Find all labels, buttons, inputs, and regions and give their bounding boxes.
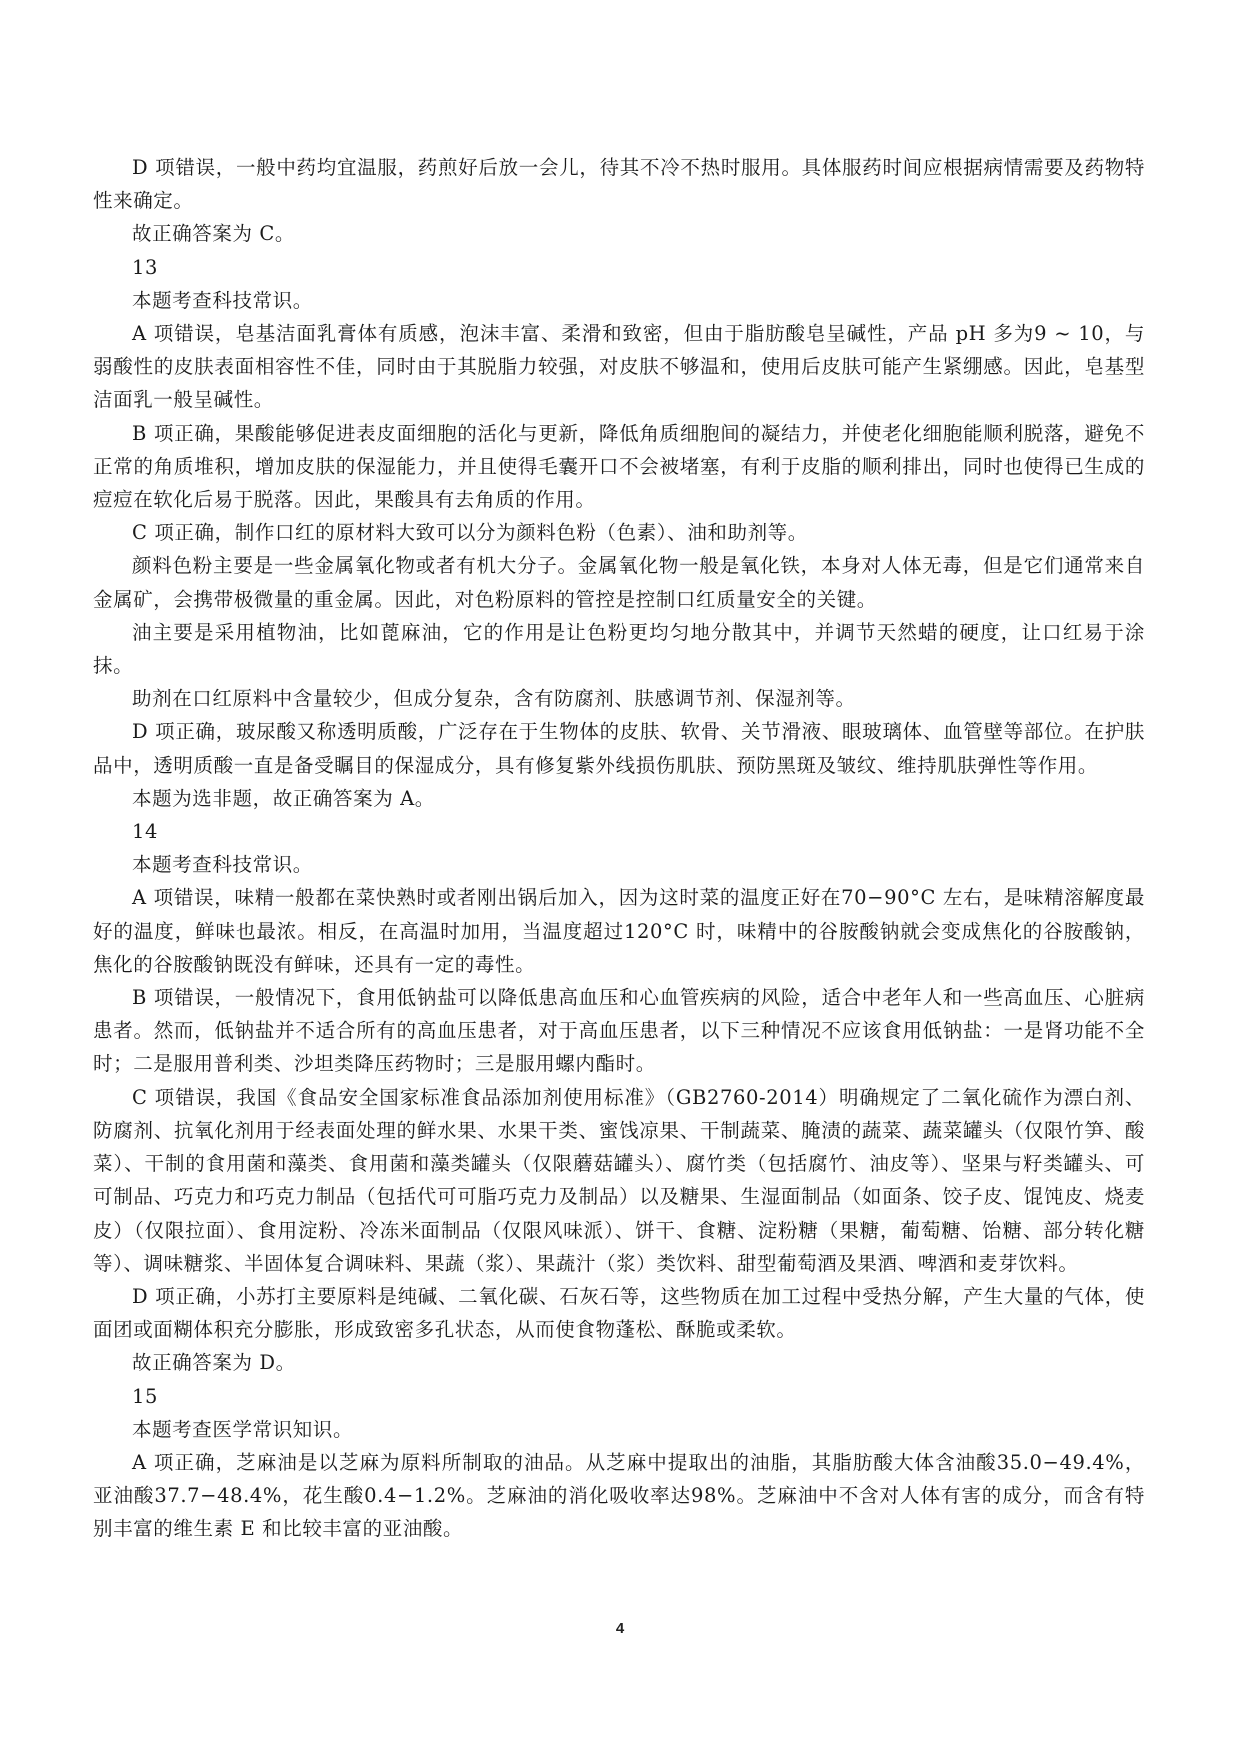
paragraph-q12-answer: 故正确答案为 C。 bbox=[93, 217, 1145, 250]
paragraph-q15-option-a: A 项正确，芝麻油是以芝麻为原料所制取的油品。从芝麻中提取出的油脂，其脂肪酸大体… bbox=[93, 1446, 1145, 1546]
paragraph-q13-option-a: A 项错误，皂基洁面乳膏体有质感，泡沫丰富、柔滑和致密，但由于脂肪酸皂呈碱性，产… bbox=[93, 317, 1145, 417]
paragraph-q13-pigment: 颜料色粉主要是一些金属氧化物或者有机大分子。金属氧化物一般是氧化铁，本身对人体无… bbox=[93, 549, 1145, 615]
paragraph-q13-option-d: D 项正确，玻尿酸又称透明质酸，广泛存在于生物体的皮肤、软骨、关节滑液、眼玻璃体… bbox=[93, 715, 1145, 781]
question-number-14: 14 bbox=[93, 815, 1145, 848]
paragraph-q14-answer: 故正确答案为 D。 bbox=[93, 1346, 1145, 1379]
paragraph-q14-option-c: C 项错误，我国《食品安全国家标准食品添加剂使用标准》（GB2760-2014）… bbox=[93, 1081, 1145, 1280]
question-number-15: 15 bbox=[93, 1380, 1145, 1413]
paragraph-q14-topic: 本题考查科技常识。 bbox=[93, 848, 1145, 881]
paragraph-q13-option-b: B 项正确，果酸能够促进表皮面细胞的活化与更新，降低角质细胞间的凝结力，并使老化… bbox=[93, 417, 1145, 517]
paragraph-q13-option-c: C 项正确，制作口红的原材料大致可以分为颜料色粉（色素）、油和助剂等。 bbox=[93, 516, 1145, 549]
document-body: D 项错误，一般中药均宜温服，药煎好后放一会儿，待其不冷不热时服用。具体服药时间… bbox=[93, 151, 1145, 1546]
paragraph-q15-topic: 本题考查医学常识知识。 bbox=[93, 1413, 1145, 1446]
paragraph-q13-additive: 助剂在口红原料中含量较少，但成分复杂，含有防腐剂、肤感调节剂、保湿剂等。 bbox=[93, 682, 1145, 715]
question-number-13: 13 bbox=[93, 251, 1145, 284]
paragraph-q12-option-d: D 项错误，一般中药均宜温服，药煎好后放一会儿，待其不冷不热时服用。具体服药时间… bbox=[93, 151, 1145, 217]
paragraph-q14-option-a: A 项错误，味精一般都在菜快熟时或者刚出锅后加入，因为这时菜的温度正好在70−9… bbox=[93, 881, 1145, 981]
paragraph-q14-option-b: B 项错误，一般情况下，食用低钠盐可以降低患高血压和心血管疾病的风险，适合中老年… bbox=[93, 981, 1145, 1081]
paragraph-q14-option-d: D 项正确，小苏打主要原料是纯碱、二氧化碳、石灰石等，这些物质在加工过程中受热分… bbox=[93, 1280, 1145, 1346]
paragraph-q13-answer: 本题为选非题，故正确答案为 A。 bbox=[93, 782, 1145, 815]
paragraph-q13-oil: 油主要是采用植物油，比如蓖麻油，它的作用是让色粉更均匀地分散其中，并调节天然蜡的… bbox=[93, 616, 1145, 682]
paragraph-q13-topic: 本题考查科技常识。 bbox=[93, 284, 1145, 317]
page-number: 4 bbox=[0, 1620, 1240, 1637]
